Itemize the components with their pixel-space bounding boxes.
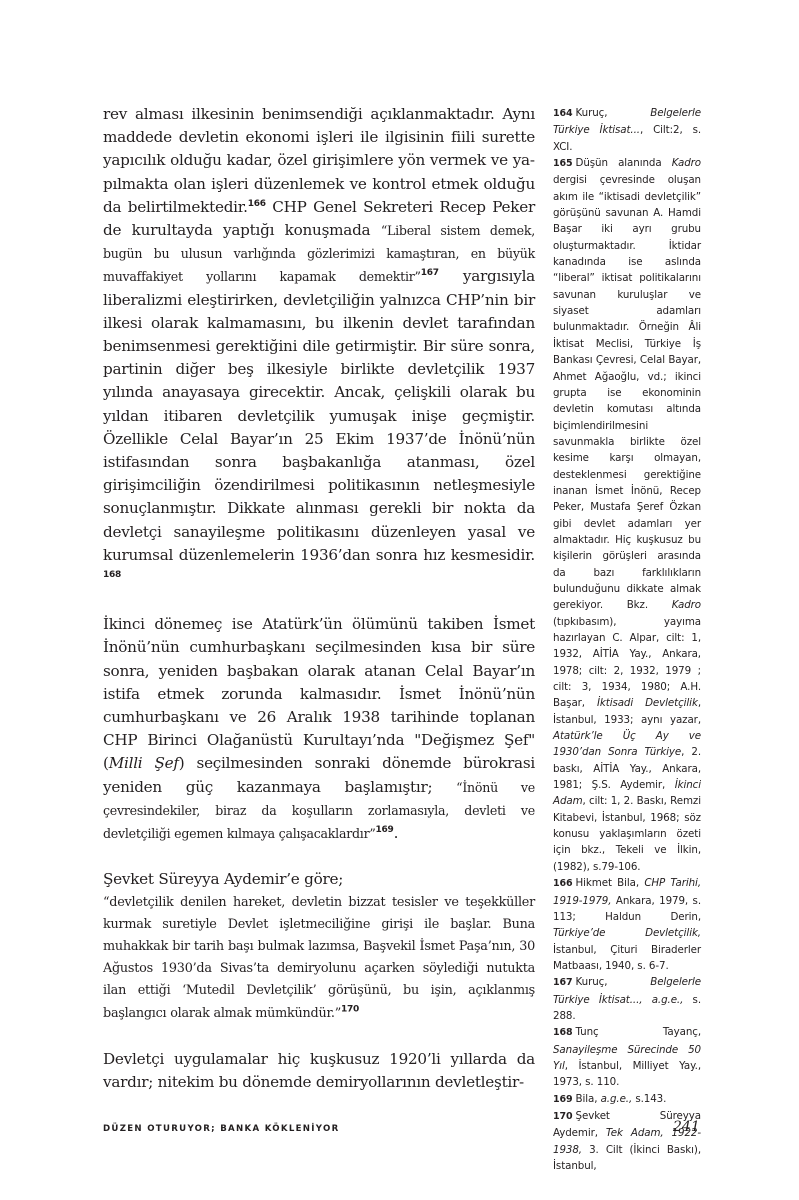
- footnote-ref-169[interactable]: 169: [376, 825, 394, 835]
- quote-text: “devletçilik denilen hareket, devletin b…: [103, 895, 535, 1021]
- italic-term: Milli Şef: [109, 754, 179, 772]
- sidenote-italic: Türkiye’de Devletçilik,: [553, 927, 701, 939]
- running-title: DÜZEN OTURUYOR; BANKA KÖKLENİYOR: [103, 1124, 340, 1134]
- footnote-ref-166[interactable]: 166: [248, 199, 266, 209]
- sidenote-number: 167: [553, 977, 573, 988]
- sidenote-number: 166: [553, 878, 573, 889]
- sidenote-text: Hikmet Bila,: [576, 877, 645, 889]
- sidenote-number: 165: [553, 158, 573, 169]
- footnote-ref-170[interactable]: 170: [341, 1004, 359, 1014]
- sidenote-text: dergisi çevresinde oluşan akım ile “ikti…: [553, 174, 701, 611]
- sidenote-text: Tunç Tayanç,: [576, 1026, 701, 1038]
- paragraph-3-heading: Şevket Süreyya Aydemir’e göre;: [103, 868, 535, 891]
- sidenote-text: Kuruç,: [576, 976, 651, 988]
- sidenote-169: 169Bila, a.g.e., s.143.: [553, 1091, 701, 1108]
- text: .: [394, 824, 399, 842]
- sidenote-text: , İstanbul, Milliyet Yay., 1973, s. 110.: [553, 1060, 701, 1088]
- sidenote-166: 166Hikmet Bila, CHP Tarihi, 1919-1979, A…: [553, 875, 701, 974]
- sidenote-text: Bila,: [576, 1093, 601, 1105]
- sidenote-italic: Kadro: [672, 599, 701, 611]
- sidenote-164: 164Kuruç, Belgelerle Türkiye İktisat...,…: [553, 105, 701, 155]
- sidenote-number: 164: [553, 108, 573, 119]
- sidenote-italic: a.g.e.,: [601, 1093, 633, 1105]
- paragraph-2: İkinci dönemeç ise Atatürk’ün ölümünü ta…: [103, 613, 535, 845]
- sidenote-italic: Kadro: [672, 157, 701, 169]
- sidenote-text: Kuruç,: [576, 107, 651, 119]
- sidenote-168: 168Tunç Tayanç, Sanayileşme Sürecinde 50…: [553, 1024, 701, 1090]
- sidenotes-column: 164Kuruç, Belgelerle Türkiye İktisat...,…: [553, 105, 701, 1174]
- paragraph-4: Devletçi uygulamalar hiç kuşkusuz 1920’l…: [103, 1048, 535, 1094]
- block-quote-aydemir: “devletçilik denilen hareket, devletin b…: [103, 892, 535, 1025]
- footnote-ref-167[interactable]: 167: [421, 268, 439, 278]
- sidenote-number: 170: [553, 1111, 573, 1122]
- paragraph-1: rev alması ilkesinin benimsendiği açıkla…: [103, 103, 535, 590]
- sidenote-170: 170Şevket Süreyya Aydemir, Tek Adam, 192…: [553, 1108, 701, 1174]
- sidenote-text: s.143.: [632, 1093, 666, 1105]
- sidenote-italic: İktisadi Devletçilik: [597, 697, 698, 709]
- sidenote-number: 169: [553, 1094, 573, 1105]
- text: yargısıyla liberalizmi eleştirirken, dev…: [103, 267, 535, 563]
- sidenote-167: 167Kuruç, Belgelerle Türkiye İktisat...,…: [553, 974, 701, 1024]
- sidenote-165: 165Düşün alanında Kadro dergisi çevresin…: [553, 155, 701, 875]
- sidenote-italic: Atatürk’le Üç Ay ve 1930’dan Sonra Türki…: [553, 730, 701, 758]
- main-text-column: rev alması ilkesinin benimsendiği açıkla…: [103, 103, 535, 1094]
- sidenote-text: İstanbul, Çituri Biraderler Matbaası, 19…: [553, 944, 701, 972]
- sidenote-text: Düşün alanında: [576, 157, 672, 169]
- page-number: 241: [673, 1119, 700, 1135]
- sidenote-number: 168: [553, 1027, 573, 1038]
- footnote-ref-168[interactable]: 168: [103, 570, 121, 580]
- sidenote-text: (tıpkıbasım), yayıma hazırlayan C. Alpar…: [553, 616, 701, 710]
- text: İkinci dönemeç ise Atatürk’ün ölümünü ta…: [103, 615, 535, 772]
